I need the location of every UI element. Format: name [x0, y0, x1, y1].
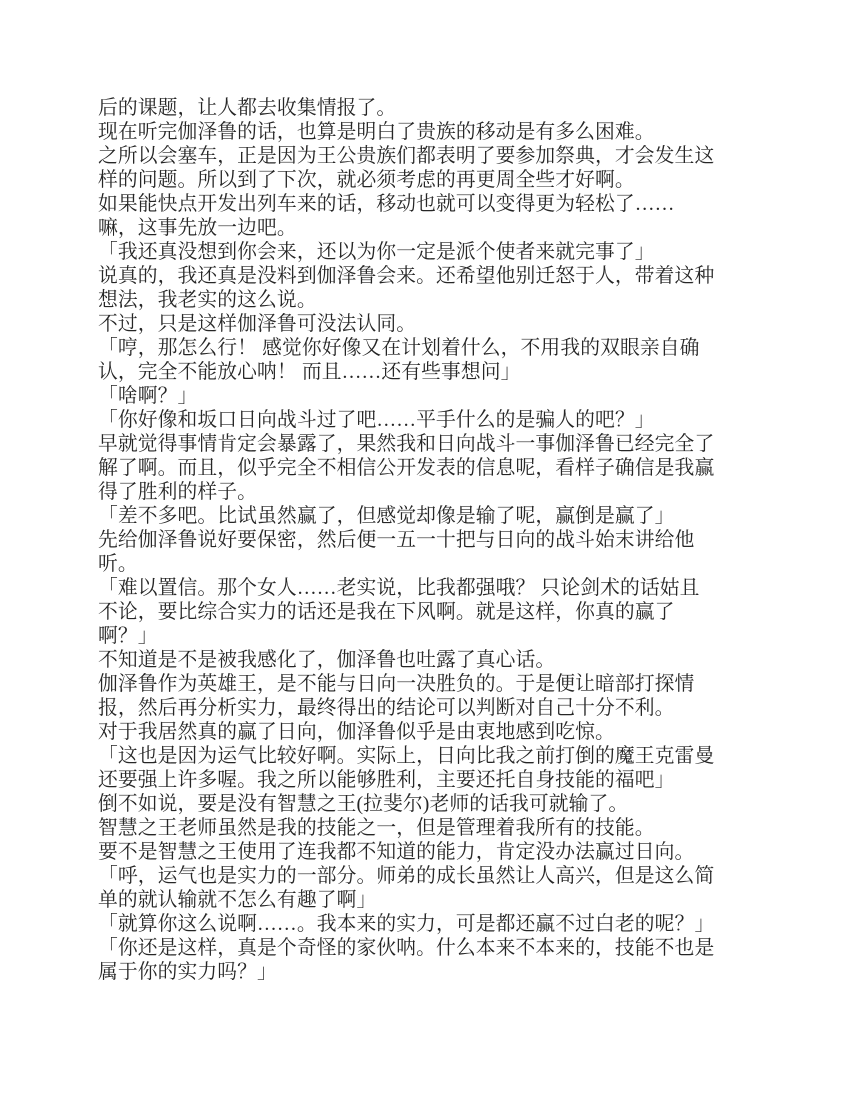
text-line: 之所以会塞车，正是因为王公贵族们都表明了要参加祭典，才会发生这 — [98, 144, 766, 168]
text-line: 属于你的实力吗？」 — [98, 960, 766, 984]
text-line: 啊？」 — [98, 624, 766, 648]
text-line: 「差不多吧。比试虽然赢了，但感觉却像是输了呢，赢倒是赢了」 — [98, 504, 766, 528]
text-line: 「呼，运气也是实力的一部分。师弟的成长虽然让人高兴，但是这么简 — [98, 864, 766, 888]
text-line: 不过，只是这样伽泽鲁可没法认同。 — [98, 312, 766, 336]
text-line: 不知道是不是被我感化了，伽泽鲁也吐露了真心话。 — [98, 648, 766, 672]
text-line: 现在听完伽泽鲁的话，也算是明白了贵族的移动是有多么困难。 — [98, 120, 766, 144]
text-line: 认，完全不能放心呐！ 而且……还有些事想问」 — [98, 360, 766, 384]
page-text-block: 后的课题，让人都去收集情报了。现在听完伽泽鲁的话，也算是明白了贵族的移动是有多么… — [98, 96, 766, 984]
text-line: 「哼，那怎么行！ 感觉你好像又在计划着什么，不用我的双眼亲自确 — [98, 336, 766, 360]
text-line: 要不是智慧之王使用了连我都不知道的能力，肯定没办法赢过日向。 — [98, 840, 766, 864]
text-line: 如果能快点开发出列车来的话，移动也就可以变得更为轻松了…… — [98, 192, 766, 216]
text-line: 解了啊。而且，似乎完全不相信公开发表的信息呢，看样子确信是我赢 — [98, 456, 766, 480]
document-page: 后的课题，让人都去收集情报了。现在听完伽泽鲁的话，也算是明白了贵族的移动是有多么… — [0, 0, 850, 1100]
text-line: 不论，要比综合实力的话还是我在下风啊。就是这样，你真的赢了 — [98, 600, 766, 624]
text-line: 单的就认输就不怎么有趣了啊」 — [98, 888, 766, 912]
text-line: 「你还是这样，真是个奇怪的家伙呐。什么本来不本来的，技能不也是 — [98, 936, 766, 960]
text-line: 还要强上许多喔。我之所以能够胜利，主要还托自身技能的福吧」 — [98, 768, 766, 792]
text-line: 想法，我老实的这么说。 — [98, 288, 766, 312]
text-line: 「就算你这么说啊……。我本来的实力，可是都还赢不过白老的呢？」 — [98, 912, 766, 936]
text-line: 样的问题。所以到了下次，就必须考虑的再更周全些才好啊。 — [98, 168, 766, 192]
text-line: 嘛，这事先放一边吧。 — [98, 216, 766, 240]
text-line: 得了胜利的样子。 — [98, 480, 766, 504]
text-line: 报，然后再分析实力，最终得出的结论可以判断对自己十分不利。 — [98, 696, 766, 720]
text-line: 后的课题，让人都去收集情报了。 — [98, 96, 766, 120]
text-line: 智慧之王老师虽然是我的技能之一，但是管理着我所有的技能。 — [98, 816, 766, 840]
text-line: 先给伽泽鲁说好要保密，然后便一五一十把与日向的战斗始末讲给他 — [98, 528, 766, 552]
text-line: 「难以置信。那个女人……老实说，比我都强哦？ 只论剑术的话姑且 — [98, 576, 766, 600]
text-line: 「啥啊？」 — [98, 384, 766, 408]
text-line: 对于我居然真的赢了日向，伽泽鲁似乎是由衷地感到吃惊。 — [98, 720, 766, 744]
text-line: 「你好像和坂口日向战斗过了吧……平手什么的是骗人的吧？」 — [98, 408, 766, 432]
text-line: 说真的，我还真是没料到伽泽鲁会来。还希望他别迁怒于人，带着这种 — [98, 264, 766, 288]
text-line: 听。 — [98, 552, 766, 576]
text-line: 倒不如说，要是没有智慧之王(拉斐尔)老师的话我可就输了。 — [98, 792, 766, 816]
text-line: 早就觉得事情肯定会暴露了，果然我和日向战斗一事伽泽鲁已经完全了 — [98, 432, 766, 456]
text-line: 「这也是因为运气比较好啊。实际上，日向比我之前打倒的魔王克雷曼 — [98, 744, 766, 768]
text-line: 伽泽鲁作为英雄王，是不能与日向一决胜负的。于是便让暗部打探情 — [98, 672, 766, 696]
text-line: 「我还真没想到你会来，还以为你一定是派个使者来就完事了」 — [98, 240, 766, 264]
